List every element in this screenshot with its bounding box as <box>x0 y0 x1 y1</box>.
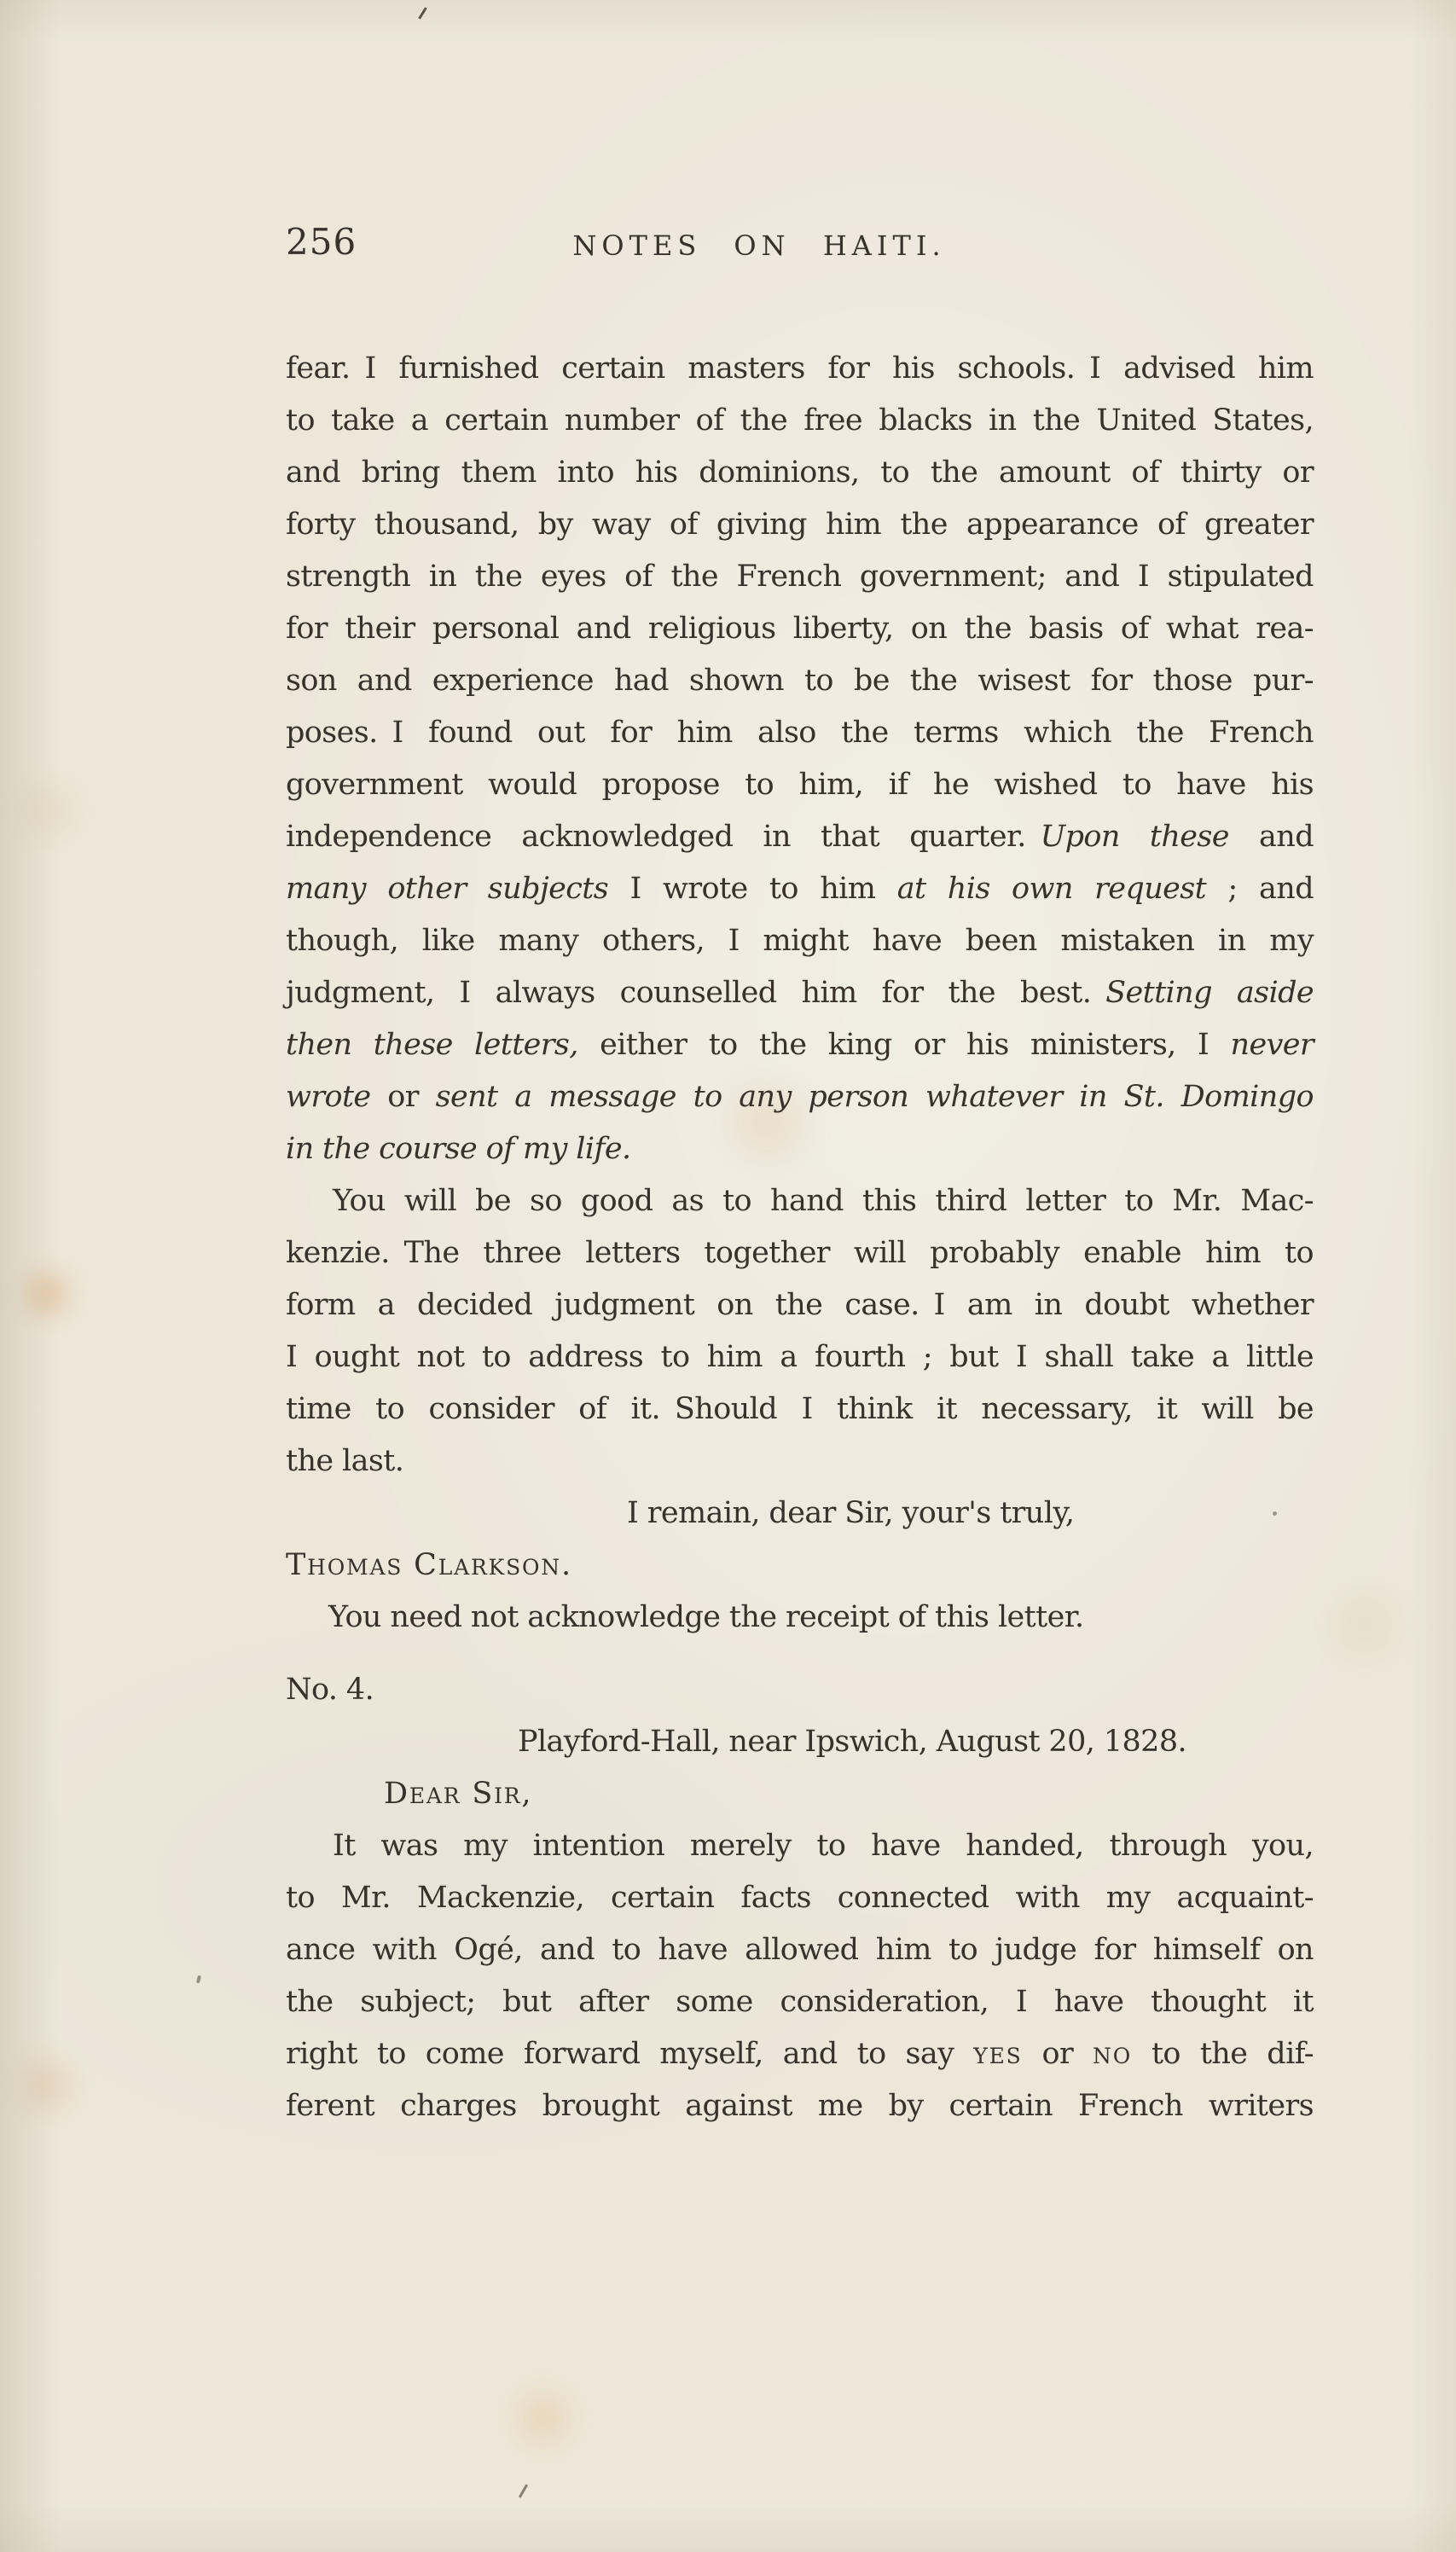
text-line: kenzie. The three letters together will … <box>286 1227 1314 1279</box>
text-line: son and experience had shown to be the w… <box>286 655 1314 707</box>
italic-text: wrote <box>286 1080 371 1114</box>
letter3-paragraph-2: You will be so good as to hand this thir… <box>286 1175 1314 1488</box>
text-line: in the course of my life. <box>286 1123 1314 1175</box>
text-line: time to consider of it. Should I think i… <box>286 1383 1314 1435</box>
text-line: independence acknowledged in that quarte… <box>286 811 1314 863</box>
text-line: and bring them into his dominions, to th… <box>286 447 1314 499</box>
italic-text: then these letters, <box>286 1028 578 1062</box>
italic-text: Upon these <box>1041 820 1229 854</box>
italic-text: Setting aside <box>1105 976 1314 1010</box>
text-line: fear. I furnished certain masters for hi… <box>286 343 1314 395</box>
italic-text: at his own request <box>897 872 1206 906</box>
text-line: right to come forward myself, and to say… <box>286 2028 1314 2080</box>
text-line: many other subjects I wrote to him at hi… <box>286 863 1314 915</box>
text-line: judgment, I always counselled him for th… <box>286 967 1314 1019</box>
text-line: though, like many others, I might have b… <box>286 915 1314 967</box>
letter4-salutation: Dear Sir, <box>384 1768 1314 1820</box>
text-line: ferent charges brought against me by cer… <box>286 2080 1314 2132</box>
letter4-dateline: Playford-Hall, near Ipswich, August 20, … <box>518 1716 1314 1768</box>
text-line: ance with Ogé, and to have allowed him t… <box>286 1924 1314 1976</box>
italic-text: in the course of my life. <box>286 1132 630 1166</box>
italic-text: never <box>1231 1028 1314 1062</box>
page-number: 256 <box>286 223 357 261</box>
small-caps-text: yes <box>973 2037 1022 2071</box>
letter3-closing: I remain, dear Sir, your's truly, <box>627 1488 1314 1540</box>
text-line: You will be so good as to hand this thir… <box>286 1175 1314 1227</box>
small-caps-text: no <box>1093 2037 1132 2071</box>
text-line: strength in the eyes of the French gover… <box>286 551 1314 603</box>
text-line: wrote or sent a message to any person wh… <box>286 1071 1314 1123</box>
text-line: government would propose to him, if he w… <box>286 759 1314 811</box>
text-line: for their personal and religious liberty… <box>286 603 1314 655</box>
text-line: I ought not to address to him a fourth ;… <box>286 1331 1314 1383</box>
text-line: poses. I found out for him also the term… <box>286 707 1314 759</box>
letter3-postscript: You need not acknowledge the receipt of … <box>286 1592 1314 1644</box>
text-line: It was my intention merely to have hande… <box>286 1820 1314 1872</box>
letter3-paragraph-continued: fear. I furnished certain masters for hi… <box>286 343 1314 1175</box>
page-text: fear. I furnished certain masters for hi… <box>286 343 1314 2132</box>
letter3-signature: Thomas Clarkson. <box>286 1540 1314 1592</box>
text-line: to take a certain number of the free bla… <box>286 395 1314 447</box>
small-caps-text: Dear Sir, <box>384 1777 532 1811</box>
text-line: then these letters, either to the king o… <box>286 1019 1314 1071</box>
small-caps-text: Thomas Clarkson. <box>286 1548 572 1582</box>
page-header: 256 NOTES ON HAITI. <box>286 223 1314 268</box>
italic-text: sent a message to any person whatever in… <box>436 1080 1314 1114</box>
letter4-paragraph-1: It was my intention merely to have hande… <box>286 1820 1314 2132</box>
text-line: the subject; but after some consideratio… <box>286 1976 1314 2028</box>
page-content: 256 NOTES ON HAITI. fear. I furnished ce… <box>0 0 1456 2552</box>
text-line: form a decided judgment on the case. I a… <box>286 1279 1314 1331</box>
running-title: NOTES ON HAITI. <box>572 230 945 261</box>
text-line: forty thousand, by way of giving him the… <box>286 499 1314 551</box>
italic-text: many other subjects <box>286 872 608 906</box>
letter4-number-heading: No. 4. <box>286 1664 1314 1716</box>
book-page-scan: 256 NOTES ON HAITI. fear. I furnished ce… <box>0 0 1456 2552</box>
text-line: to Mr. Mackenzie, certain facts connecte… <box>286 1872 1314 1924</box>
text-line: the last. <box>286 1435 1314 1488</box>
